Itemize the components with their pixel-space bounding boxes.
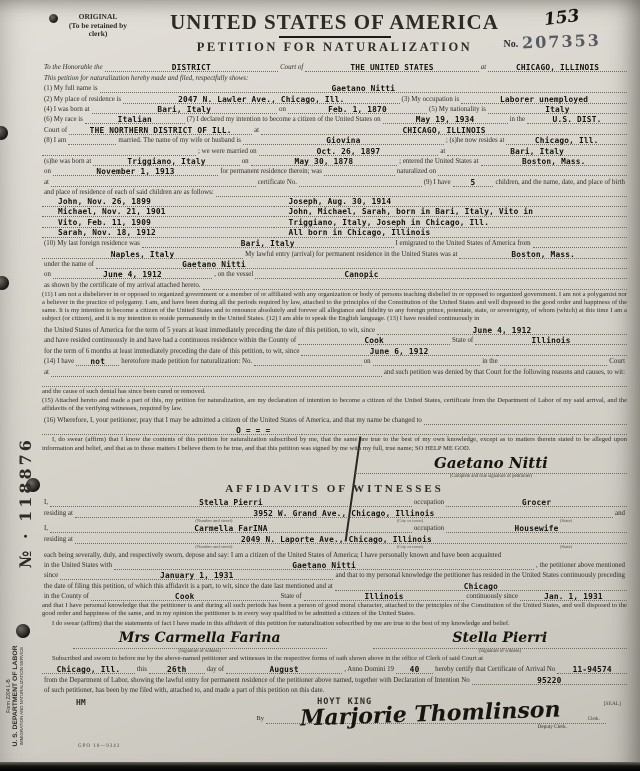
by-label: By [254,715,266,724]
typed-entry: Chicago, Ill. [42,663,135,674]
typed-value: June 4, 1912 [103,270,162,279]
typed-value: Oct. 26, 1897 [317,147,381,156]
clerk-caption: Clerk. [588,717,600,722]
form-line: To the Honorable theDISTRICTCourt ofTHE … [42,62,627,72]
form-line: (s)he was born atTriggiano, ItalyonMay 3… [42,156,627,166]
form-line: O = = = [42,425,627,435]
form-content: ORIGINAL (To be retained by clerk) UNITE… [42,8,627,730]
printed-text: Court of [42,127,69,135]
printed-text: on [240,158,251,166]
printed-text: at [479,64,488,72]
typed-value: O = = = [236,426,270,435]
petition-no-label: No. [503,39,518,50]
typed-entry: O = = = [205,424,303,435]
typed-value: Giovina [326,136,360,145]
gpo-print-code: GPO 16—9343 [78,744,120,749]
dotted-blank [203,278,627,289]
printed-text: at [438,148,447,156]
typed-value: Boston, Mass. [522,157,586,166]
scan-edge [0,762,640,771]
dotted-blank [42,424,205,435]
typed-value: Jan. 1, 1931 [544,592,603,601]
witness-signature-caption: (Signature of witness) [73,649,327,654]
printed-text: residing at [42,536,75,544]
witness2-signature: Stella Pierri [373,630,627,649]
typed-value: January 1, 1931 [160,571,233,580]
printed-text: and [613,510,627,518]
typed-value: 2049 N. Laporte Ave., Chicago, Illinois [241,535,432,544]
printed-text: Court [607,358,627,366]
typed-value: 5 [471,178,476,187]
typed-value: Gaetano Nitti [182,260,246,269]
form-line: residing at3952 W. Grand Ave., Chicago, … [42,507,627,517]
printed-text: day of [205,666,226,674]
dotted-blank [373,355,481,366]
typed-value: Stella Pierri [199,498,263,507]
form-paragraph: (15) Attached hereto and made a part of … [42,397,627,413]
typed-value: Illinois [532,336,571,345]
typed-entry: Triggiano, Italy, Joseph in Chicago, Ill… [274,217,627,227]
field-caption: (City or town) [315,544,506,549]
typed-value: Gaetano Nitti [292,561,356,570]
binder-hole [0,126,8,140]
deputy-clerk-signature-line: Marjorie Thomlinson Clerk. [266,709,606,724]
children-row: Vito, Feb. 11, 1909Triggiano, Italy, Jos… [42,217,627,227]
typed-value: THE UNITED STATES [350,63,433,72]
document-header: ORIGINAL (To be retained by clerk) UNITE… [42,8,627,62]
printed-text: of such petitioner, has been by me filed… [42,687,326,695]
typed-value: CHICAGO, ILLINOIS [402,126,485,135]
typed-entry: June 4, 1912 [53,268,212,279]
typed-value: Bari, Italy [241,239,295,248]
printed-text: (1) My full name is [42,85,100,93]
printed-text: Court of [278,64,305,72]
petitioner-signature-row: Gaetano Nitti (Complete and true signatu… [42,455,627,479]
typed-value: 2047 N. Lawler Ave., Chicago, Ill. [178,95,344,104]
form-line: of such petitioner, has been by me filed… [42,685,627,695]
handwritten-page-number: 153 [542,6,580,30]
typed-entry: THE NORTHERN DISTRICT OF ILL. [69,123,252,134]
typed-value: Grocer [522,498,551,507]
typed-value: June 4, 1912 [473,326,532,335]
typed-entry: January 1, 1931 [60,569,333,580]
petitioner-signature-caption: (Complete and true signature of petition… [355,474,627,479]
printed-text: since [42,572,60,580]
typed-value: Carmella FarINA [194,524,267,533]
typed-entry: John, Nov. 26, 1899 [42,197,274,207]
dotted-blank [500,355,608,366]
typed-entry: 2049 N. Laporte Ave., Chicago, Illinois [75,532,598,543]
dotted-blank [42,376,627,387]
typed-value: August [269,665,298,674]
witness1-signature: Mrs Carmella Farina [73,630,327,649]
form-paragraph: I, do swear (affirm) that I know the con… [42,436,627,452]
typed-entry: DISTRICT [105,61,279,72]
typed-value: Chicago [464,582,498,591]
printed-text: in the County of [42,593,91,601]
typed-entry: THE UNITED STATES [305,61,479,72]
petitioner-signature-line: Gaetano Nitti (Complete and true signatu… [355,455,627,479]
deputy-clerk-signature-row: By Marjorie Thomlinson Clerk. [42,709,627,724]
form-paragraph: (11) I am not a disbeliever in or oppose… [42,291,627,324]
typed-value: May 30, 1878 [294,157,353,166]
typed-entry: 3952 W. Grand Ave., Chicago, Illinois [75,506,613,517]
typed-value: Chicago, Ill. [57,665,121,674]
typed-value: Chicago, Ill. [535,136,599,145]
form-line: in the County ofCookState ofIllinoiscont… [42,591,627,601]
printed-text: continuously since [464,593,519,601]
typed-value: Canopic [344,270,378,279]
typed-entry: Jan. 1, 1931 [520,590,627,601]
typed-entry: Joseph, Aug. 30, 1914 [274,197,627,207]
printed-text: as shown by the certificate of my arriva… [42,282,203,290]
typed-value: Laborer unemployed [500,95,588,104]
typed-entry: John, Michael, Sarah, born in Bari, Ital… [274,207,627,217]
children-row: Michael, Nov. 21, 1901John, Michael, Sar… [42,207,627,217]
typed-value: Housewife [515,524,559,533]
clerk-initials: HM [76,698,86,707]
typed-value: June 6, 1912 [370,347,429,356]
printed-text: on [42,271,53,279]
petition-number-block: No. 207353 [503,32,601,52]
witness2-signature-line: Stella Pierri (Signature of witness) [373,630,627,654]
typed-value: Triggiano, Italy [127,157,205,166]
dotted-blank [216,186,627,197]
form-paragraph: Subscribed and sworn to before me by the… [42,655,627,663]
dotted-blank [598,532,627,543]
printed-text: and have resided continuously in and hav… [42,337,298,345]
typed-entry: Michael, Nov. 21, 1901 [42,207,274,217]
witness-signatures-row: Mrs Carmella Farina (Signature of witnes… [42,630,627,654]
form-line [42,377,627,387]
printed-text: , the petitioner above mentioned [534,562,627,570]
form-paragraph: and the cause of such denial has since b… [42,388,627,396]
typed-value: Gaetano Nitti [331,84,395,93]
typed-value: Italy [545,105,569,114]
typed-value: Illinois [364,592,403,601]
printed-text: and place of residence of each of said c… [42,189,216,197]
printed-text: I, [42,525,50,533]
typed-value: Cook [175,592,195,601]
typed-value: THE NORTHERN DISTRICT OF ILL. [90,126,232,135]
form-line: (Number and street)(City or town)(State) [42,544,627,550]
printed-text: I, [42,499,50,507]
sidebar-document-number: № · 118876 [16,437,35,568]
typed-value: Naples, Italy [111,250,175,259]
typed-value: Italian [118,115,152,124]
title-rule [279,36,391,38]
printed-text: in the [480,358,500,366]
typed-value: Bari, Italy [510,147,564,156]
typed-value: 95220 [537,676,561,685]
sidebar-department: U. S. DEPARTMENT OF LABOR [12,634,19,758]
printed-text: residing at [42,510,75,518]
typed-value: U.S. DIST. [553,115,602,124]
typed-entry: August [226,663,342,674]
form-line: residing at2049 N. Laporte Ave., Chicago… [42,533,627,543]
petition-number-stamp: 207353 [522,31,601,53]
clerk-certification-body: Subscribed and sworn to before me by the… [42,655,627,695]
dotted-blank [302,424,627,435]
printed-text: To the Honorable the [42,64,105,72]
printed-text: , Anno Domini 19 [342,666,396,674]
typed-value: Bari, Italy [157,105,211,114]
typed-value: CHICAGO, ILLINOIS [516,63,599,72]
printed-text: from the Department of Labor, showing th… [42,677,472,685]
typed-value: DISTRICT [172,63,211,72]
typed-entry: Vito, Feb. 11, 1909 [42,217,274,227]
typed-value: Cook [364,336,384,345]
petition-body: To the Honorable theDISTRICTCourt ofTHE … [42,62,627,453]
typed-entry: Illinois [304,590,465,601]
printed-text: at [42,179,51,187]
typed-value: Feb. 1, 1870 [328,105,387,114]
typed-entry: 40 [396,663,433,674]
gap [42,544,113,550]
seal-label: [SEAL] [604,701,621,707]
witness1-signature-line: Mrs Carmella Farina (Signature of witnes… [73,630,327,654]
children-row: John, Nov. 26, 1899Joseph, Aug. 30, 1914 [42,197,627,207]
field-caption: (State) [505,544,627,549]
binder-hole [0,276,9,290]
typed-value: November 1, 1913 [96,167,174,176]
witness-signature-caption: (Signature of witness) [373,649,627,654]
typed-value: May 19, 1934 [416,115,475,124]
printed-text: on [277,106,288,114]
sidebar-form-identifier: Form 2204 L-B U. S. DEPARTMENT OF LABOR … [6,634,24,758]
petitioner-signature: Gaetano Nitti [355,455,627,474]
typed-value: Boston, Mass. [511,250,575,259]
typed-value: 40 [410,665,420,674]
witnesses-body: I,Stella PierrioccupationGrocerresiding … [42,497,627,628]
printed-text: State of [278,593,303,601]
affidavits-heading: AFFIDAVITS OF WITNESSES [42,483,627,495]
sidebar-service: IMMIGRATION AND NATURALIZATION SERVICE [19,634,24,758]
form-line: and place of residence of each of said c… [42,187,627,197]
typed-entry: CHICAGO, ILLINOIS [488,61,627,72]
form-line: from the Department of Labor, showing th… [42,674,627,684]
form-line: as shown by the certificate of my arriva… [42,279,627,289]
typed-entry: 95220 [472,673,627,684]
typed-entry: Cook [91,590,278,601]
typed-entry: 26th [149,663,205,674]
field-caption: (Number and street) [113,544,314,549]
form-paragraph: I do swear (affirm) that the statements … [42,620,627,628]
typed-value: 11-94574 [573,665,612,674]
petition-document-page: № · 118876 Form 2204 L-B U. S. DEPARTMEN… [0,0,640,771]
typed-value: not [90,357,105,366]
typed-value: 3952 W. Grand Ave., Chicago, Illinois [253,509,434,518]
typed-value: 26th [167,665,187,674]
printed-text: this [135,666,149,674]
form-paragraph: and that I have personal knowledge that … [42,602,627,618]
